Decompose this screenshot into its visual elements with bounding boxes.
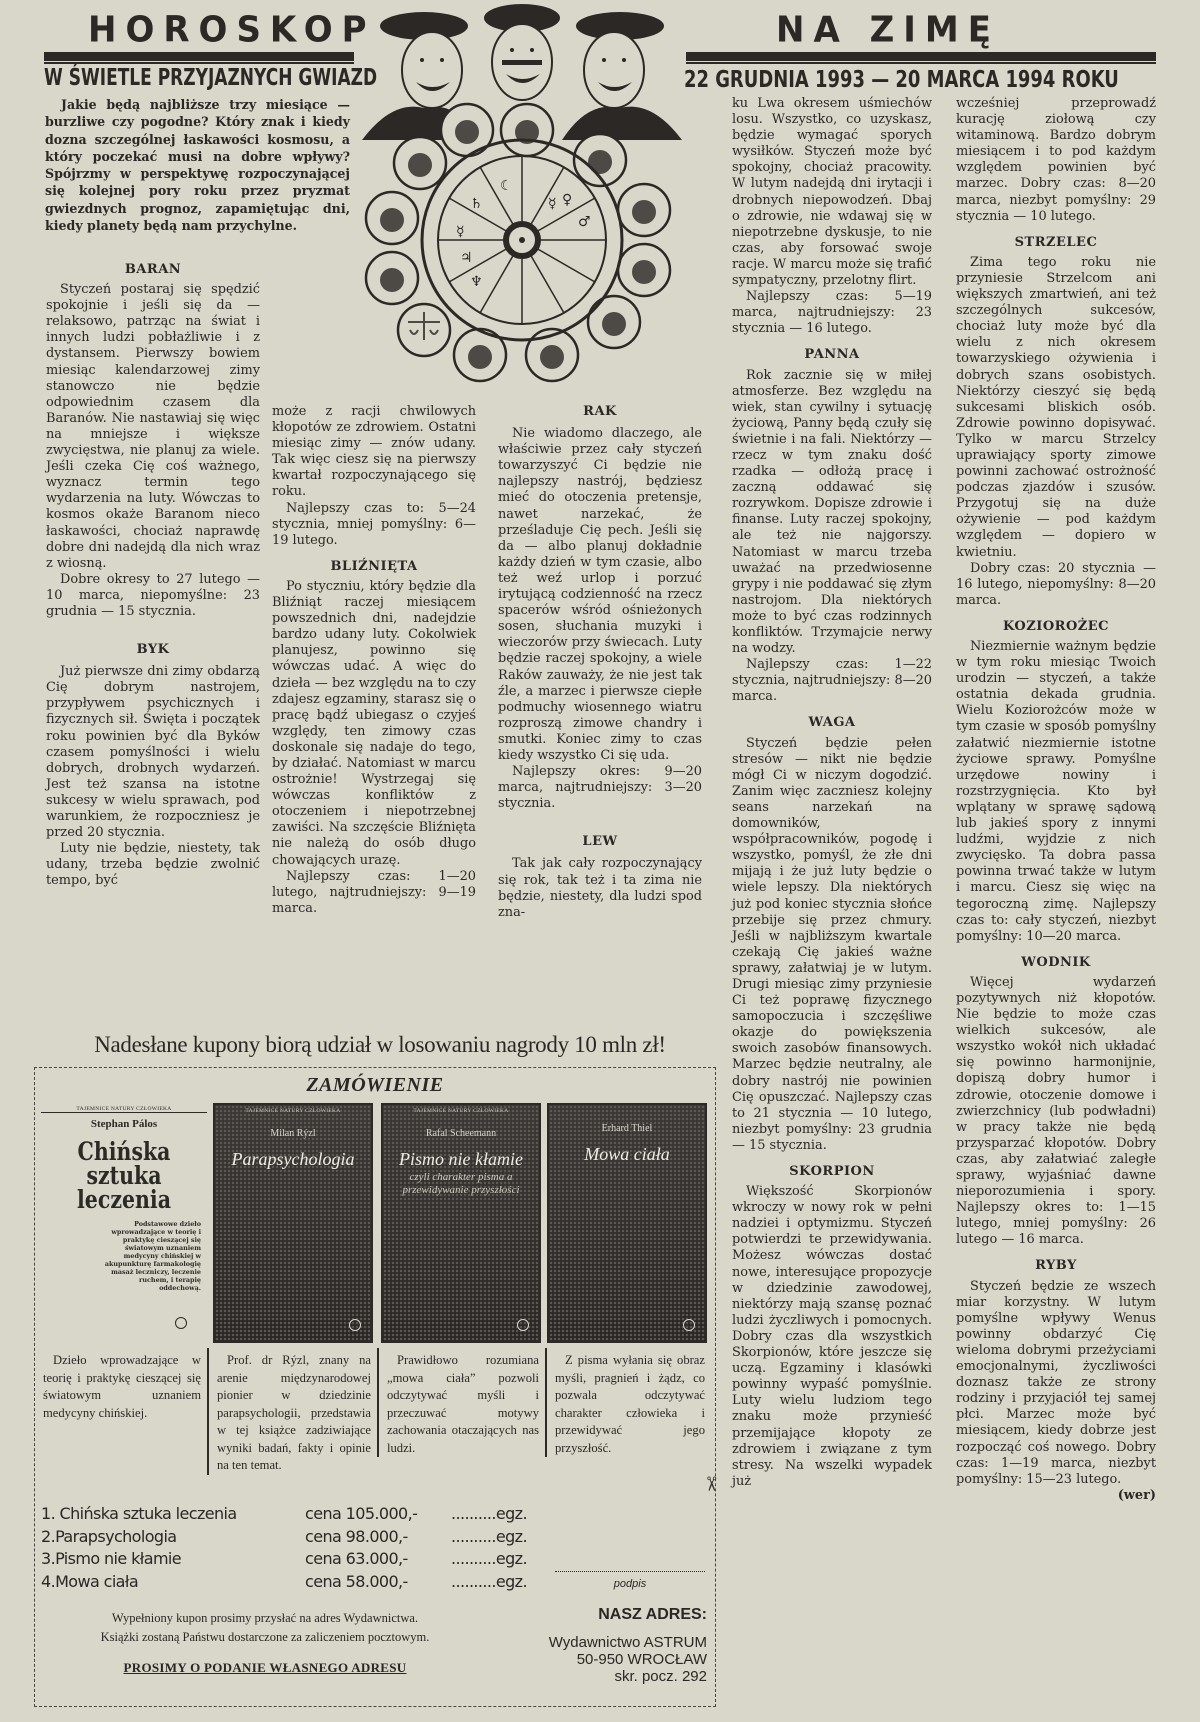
coupon-instructions: Wypełniony kupon prosimy przysłać na adr… [55,1609,475,1647]
book-title: Mowa ciała [549,1144,705,1164]
book-description-4: Z pisma wyłania się obraz myśli, pragnie… [545,1348,711,1457]
order-item-price: cena 58.000,- [305,1571,451,1594]
sign-heading-rak: RAK [498,404,702,420]
svg-text:♀: ♀ [562,192,572,208]
svg-text:☿: ☿ [456,224,465,240]
sign-dates-lew: Najlepszy czas: 5—19 marca, najtrudniejs… [732,289,932,337]
column-4: ku Lwa okresem uśmiechów losu. Wszystko,… [732,96,932,1490]
book-cover-3: TAJEMNICE NATURY CZŁOWIEKA Rafal Scheema… [381,1103,541,1343]
sign-heading-ryby: RYBY [956,1258,1156,1274]
book-author: Milan Rýzl [215,1128,371,1139]
address-line-2: 50-950 WROCŁAW [467,1651,707,1668]
sign-text-lew: Tak jak cały rozpoczynający się rok, tak… [498,856,702,920]
order-coupon[interactable]: ZAMÓWIENIE TAJEMNICE NATURY CZŁOWIEKA St… [34,1067,716,1707]
sign-dates-byk: Najlepszy czas to: 5—24 stycznia, mniej … [272,501,476,549]
order-line: 2.Parapsychologia cena 98.000,- ........… [41,1526,701,1549]
book-title: Chińska sztuka leczenia [56,1140,192,1212]
book-description-text: Dzieło wprowadzające w teorię i praktykę… [43,1352,201,1422]
sign-heading-blizneta: BLIŹNIĘTA [272,559,476,575]
order-item-name: 1. Chińska sztuka leczenia [41,1503,305,1526]
svg-text:♄: ♄ [470,196,483,212]
sign-text-ryby: Styczeń będzie ze wszech miar korzystny.… [956,1279,1156,1488]
sign-text-panna: Rok zacznie się w miłej atmosferze. Bez … [732,368,932,658]
sign-text-blizneta: Po styczniu, który będzie dla Bliźniąt r… [272,579,476,869]
coupon-title: ZAMÓWIENIE [35,1074,715,1097]
sign-heading-koziorozec: KOZIOROŻEC [956,619,1156,635]
signature-field[interactable]: podpis [555,1558,705,1590]
order-qty-field[interactable]: ..........egz. [451,1548,561,1571]
scissors-icon: ✂ [699,1476,723,1493]
instruction-line-1: Wypełniony kupon prosimy przysłać na adr… [55,1609,475,1628]
sign-text-wodnik: Więcej wydarzeń pozytywnych niż kłopotów… [956,975,1156,1249]
column-3: RAK Nie wiadomo dlaczego, ale właściwie … [498,404,702,921]
svg-text:♂: ♂ [578,214,591,230]
book-description-text: Prof. dr Rýzl, znany na arenie międzynar… [217,1352,371,1475]
book-author: Stephan Pálos [41,1119,207,1130]
svg-text:☾: ☾ [500,178,513,194]
book-title: Parapsychologia [215,1149,371,1169]
sign-heading-wodnik: WODNIK [956,955,1156,971]
sign-dates-panna: Najlepszy czas: 1—22 stycznia, najtrudni… [732,657,932,705]
lead-paragraph: Jakie będą najbliższe trzy miesiące — bu… [45,96,350,234]
order-item-name: 3.Pismo nie kłamie [41,1548,305,1571]
book-description-3: Prawidłowo rozumiana „mowa ciała” pozwol… [377,1348,545,1457]
sign-heading-waga: WAGA [732,715,932,731]
svg-text:♆: ♆ [470,274,483,290]
address-request: PROSIMY O PODANIE WŁASNEGO ADRESU [55,1660,475,1676]
book-author: Rafal Scheemann [383,1128,539,1139]
publisher-address: NASZ ADRES: Wydawnictwo ASTRUM 50-950 WR… [467,1606,707,1685]
address-heading: NASZ ADRES: [467,1606,707,1623]
sign-dates-strzelec: Dobry czas: 20 stycznia — 16 lutego, nie… [956,561,1156,609]
sign-text-strzelec: Zima tego roku nie przyniesie Strzelcom … [956,255,1156,561]
sign-text-koziorozec: Niezmiernie ważnym będzie w tym roku mie… [956,639,1156,945]
sign-text-baran: Styczeń postaraj się spędzić spokojnie i… [46,282,260,572]
author-signature: (wer) [956,1488,1156,1504]
publisher-logo-icon [349,1319,361,1331]
publisher-logo-icon [517,1319,529,1331]
order-item-price: cena 63.000,- [305,1548,451,1571]
sign-heading-baran: BARAN [46,262,260,278]
sign-text-byk-cont2: może z racji chwilowych kłopotów ze zdro… [272,404,476,501]
sign-text-byk-cont: Luty nie będzie, niestety, tak udany, tr… [46,841,260,889]
headline-horoskop: HOROSKOP [88,9,376,51]
column-1: BARAN Styczeń postaraj się spędzić spoko… [46,262,260,889]
address-line-3: skr. pocz. 292 [467,1668,707,1685]
order-line: 1. Chińska sztuka leczenia cena 105.000,… [41,1503,701,1526]
sign-dates-rak: Najlepszy okres: 9—20 marca, najtrudniej… [498,764,702,812]
order-item-name: 4.Mowa ciała [41,1571,305,1594]
publisher-logo-icon [683,1319,695,1331]
sign-text-lew-cont: ku Lwa okresem uśmiechów losu. Wszystko,… [732,96,932,289]
order-item-price: cena 105.000,- [305,1503,451,1526]
headline-na-zime: NA ZIMĘ [776,9,1000,51]
publisher-logo-icon [175,1317,187,1329]
sign-heading-skorpion: SKORPION [732,1164,932,1180]
book-title: Pismo nie kłamie [383,1149,539,1169]
header-rule-right-thin [686,62,1156,64]
instruction-line-2: Książki zostaną Państwu dostarczone za z… [55,1628,475,1647]
sign-heading-lew: LEW [498,834,702,850]
order-item-price: cena 98.000,- [305,1526,451,1549]
book-cover-2: TAJEMNICE NATURY CZŁOWIEKA Milan Rýzl Pa… [213,1103,373,1343]
sign-text-skorpion: Większość Skorpionów wkroczy w nowy rok … [732,1184,932,1490]
book-series: TAJEMNICE NATURY CZŁOWIEKA [383,1108,539,1114]
signature-label: podpis [555,1578,705,1590]
book-author: Erhard Thiel [549,1123,705,1134]
sign-text-waga: Styczeń będzie pełen stresów — nikt nie … [732,736,932,1154]
svg-text:☿: ☿ [548,196,557,212]
column-2: może z racji chwilowych kłopotów ze zdro… [272,404,476,917]
zodiac-illustration: ☾♀ ♄♂ ☿♃ ♆☿ [352,0,692,395]
order-qty-field[interactable]: ..........egz. [451,1571,561,1594]
book-description-1: Dzieło wprowadzające w teorię i praktykę… [35,1348,207,1422]
sign-dates-baran: Dobre okresy to 27 lutego — 10 marca, ni… [46,572,260,620]
header-rule-left [44,52,354,61]
book-description-text: Z pisma wyłania się obraz myśli, pragnie… [555,1352,705,1457]
sign-heading-byk: BYK [46,642,260,658]
header-rule-right [686,52,1156,61]
subtitle-right: 22 GRUDNIA 1993 — 20 MARCA 1994 ROKU [684,66,1119,94]
sign-text-rak: Nie wiadomo dlaczego, ale właściwie prze… [498,426,702,764]
order-qty-field[interactable]: ..........egz. [451,1503,561,1526]
address-line-1: Wydawnictwo ASTRUM [467,1634,707,1651]
book-description-2: Prof. dr Rýzl, znany na arenie międzynar… [207,1348,377,1475]
zodiac-wheel-icon: ☾♀ ♄♂ ☿♃ ♆☿ [352,0,692,395]
sign-text-byk: Już pierwsze dni zimy obdarzą Cię dobrym… [46,664,260,841]
coupon-headline: Nadesłane kupony biorą udział w losowani… [60,1030,700,1060]
sign-heading-strzelec: STRZELEC [956,235,1156,251]
book-cover-4: Erhard Thiel Mowa ciała [547,1103,707,1343]
book-cover-text: Podstawowe dzieło wprowadzające w teorię… [101,1220,201,1292]
order-item-name: 2.Parapsychologia [41,1526,305,1549]
sign-dates-blizneta: Najlepszy czas: 1—20 lutego, najtrudniej… [272,869,476,917]
book-series: TAJEMNICE NATURY CZŁOWIEKA [41,1106,207,1113]
book-cover-1: TAJEMNICE NATURY CZŁOWIEKA Stephan Pálos… [41,1103,207,1343]
book-subtitle: czyli charakter pisma a przewidywanie pr… [383,1171,539,1197]
order-qty-field[interactable]: ..........egz. [451,1526,561,1549]
column-5: wcześniej przeprowadź kurację ziołową cz… [956,96,1156,1504]
book-series: TAJEMNICE NATURY CZŁOWIEKA [215,1108,371,1114]
sign-heading-panna: PANNA [732,347,932,363]
signature-line[interactable] [555,1558,705,1572]
subtitle-left: W ŚWIETLE PRZYJAZNYCH GWIAZD [44,64,377,92]
book-description-text: Prawidłowo rozumiana „mowa ciała” pozwol… [387,1352,539,1457]
sign-text-skorpion-cont: wcześniej przeprowadź kurację ziołową cz… [956,96,1156,225]
svg-text:♃: ♃ [460,250,473,266]
